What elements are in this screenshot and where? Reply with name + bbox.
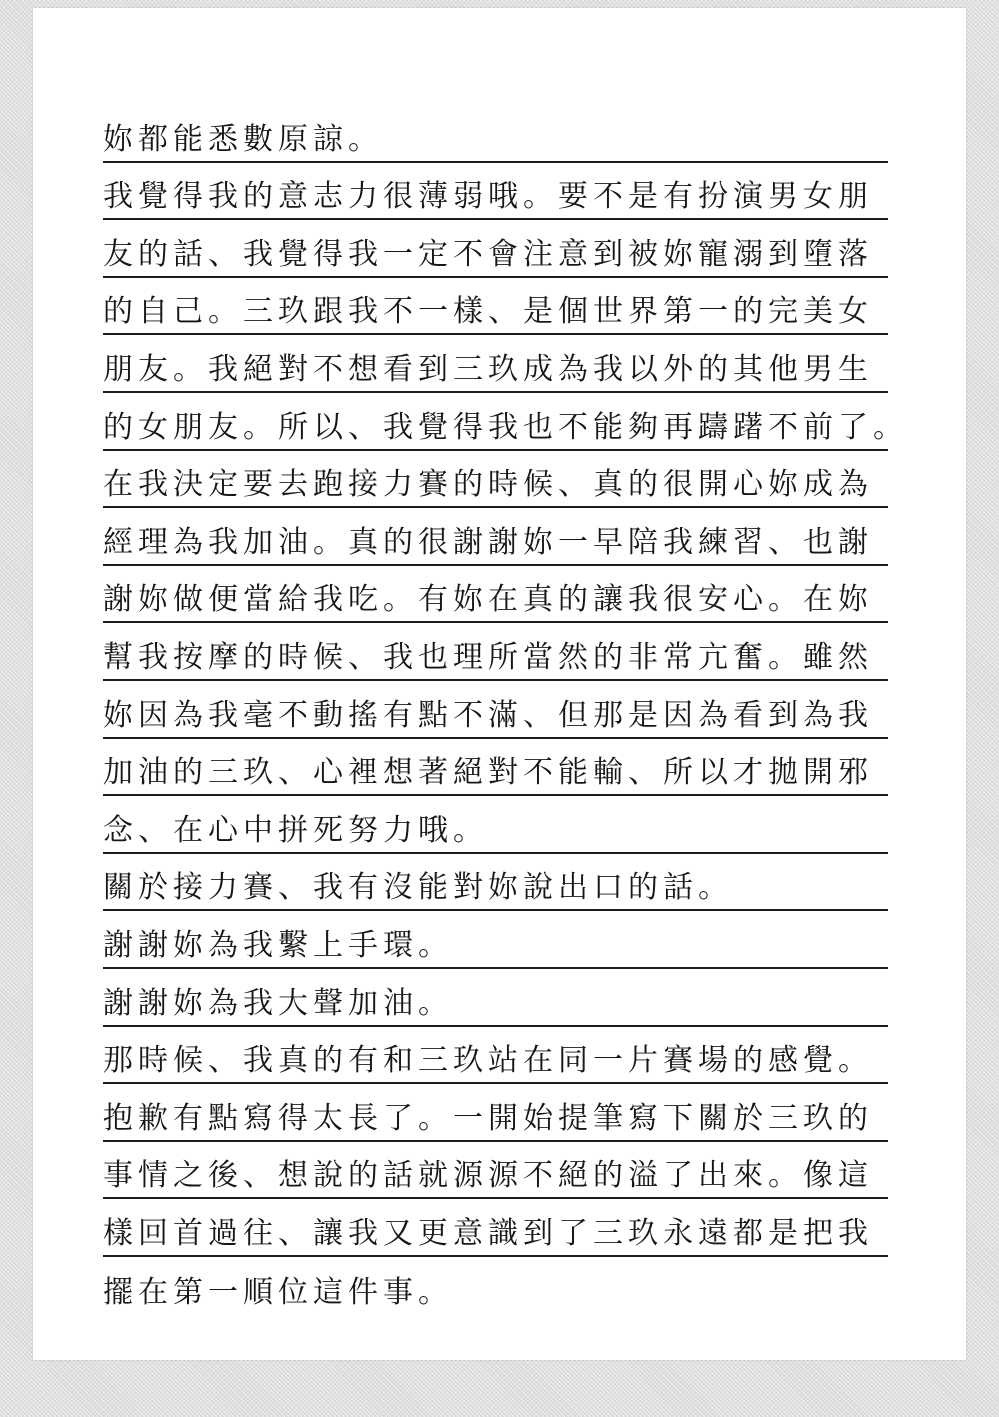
letter-line-text: 樣回首過往、讓我又更意識到了三玖永遠都是把我 xyxy=(103,1219,873,1255)
letter-line-text: 朋友。我絕對不想看到三玖成為我以外的其他男生 xyxy=(103,355,873,391)
letter-line-text: 的女朋友。所以、我覺得我也不能夠再躊躇不前了。 xyxy=(103,413,908,449)
letter-line: 經理為我加油。真的很謝謝妳一早陪我練習、也謝 xyxy=(103,508,888,566)
letter-line-text: 抱歉有點寫得太長了。一開始提筆寫下關於三玖的 xyxy=(103,1104,873,1140)
letter-line: 抱歉有點寫得太長了。一開始提筆寫下關於三玖的 xyxy=(103,1084,888,1142)
letter-line-text: 友的話、我覺得我一定不會注意到被妳寵溺到墮落 xyxy=(103,240,873,276)
letter-line: 加油的三玖、心裡想著絕對不能輸、所以才拋開邪 xyxy=(103,739,888,797)
letter-line: 謝妳做便當給我吃。有妳在真的讓我很安心。在妳 xyxy=(103,566,888,624)
letter-line-text: 加油的三玖、心裡想著絕對不能輸、所以才拋開邪 xyxy=(103,758,873,794)
letter-line-text: 謝謝妳為我大聲加油。 xyxy=(103,989,453,1025)
letter-line: 妳因為我毫不動搖有點不滿、但那是因為看到為我 xyxy=(103,681,888,739)
letter-line: 謝謝妳為我繫上手環。 xyxy=(103,911,888,969)
letter-line: 樣回首過往、讓我又更意識到了三玖永遠都是把我 xyxy=(103,1199,888,1257)
letter-line-text: 妳因為我毫不動搖有點不滿、但那是因為看到為我 xyxy=(103,701,873,737)
letter-line-text: 事情之後、想說的話就源源不絕的溢了出來。像這 xyxy=(103,1161,873,1197)
letter-line: 妳都能悉數原諒。 xyxy=(103,105,888,163)
letter-line: 的女朋友。所以、我覺得我也不能夠再躊躇不前了。 xyxy=(103,393,888,451)
letter-line: 在我決定要去跑接力賽的時候、真的很開心妳成為 xyxy=(103,451,888,509)
letter-line: 那時候、我真的有和三玖站在同一片賽場的感覺。 xyxy=(103,1027,888,1085)
letter-line: 的自己。三玖跟我不一樣、是個世界第一的完美女 xyxy=(103,278,888,336)
letter-line: 擺在第一順位這件事。 xyxy=(103,1257,888,1315)
letter-line-text: 幫我按摩的時候、我也理所當然的非常亢奮。雖然 xyxy=(103,643,873,679)
letter-line-text: 謝謝妳為我繫上手環。 xyxy=(103,931,453,967)
letter-line: 謝謝妳為我大聲加油。 xyxy=(103,969,888,1027)
letter-line: 我覺得我的意志力很薄弱哦。要不是有扮演男女朋 xyxy=(103,163,888,221)
letter-line-text: 在我決定要去跑接力賽的時候、真的很開心妳成為 xyxy=(103,470,873,506)
letter-line: 事情之後、想說的話就源源不絕的溢了出來。像這 xyxy=(103,1142,888,1200)
letter-line: 朋友。我絕對不想看到三玖成為我以外的其他男生 xyxy=(103,335,888,393)
letter-line: 幫我按摩的時候、我也理所當然的非常亢奮。雖然 xyxy=(103,623,888,681)
letter-line-text: 擺在第一順位這件事。 xyxy=(103,1278,453,1314)
letter-line-text: 謝妳做便當給我吃。有妳在真的讓我很安心。在妳 xyxy=(103,585,873,621)
letter-line-text: 關於接力賽、我有沒能對妳說出口的話。 xyxy=(103,873,733,909)
letter-line: 念、在心中拼死努力哦。 xyxy=(103,796,888,854)
letter-line-text: 經理為我加油。真的很謝謝妳一早陪我練習、也謝 xyxy=(103,528,873,564)
letter-line-text: 那時候、我真的有和三玖站在同一片賽場的感覺。 xyxy=(103,1046,873,1082)
letter-line: 關於接力賽、我有沒能對妳說出口的話。 xyxy=(103,854,888,912)
letter-page: 妳都能悉數原諒。 我覺得我的意志力很薄弱哦。要不是有扮演男女朋 友的話、我覺得我… xyxy=(33,8,966,1360)
letter-line: 友的話、我覺得我一定不會注意到被妳寵溺到墮落 xyxy=(103,220,888,278)
letter-line-text: 妳都能悉數原諒。 xyxy=(103,125,383,161)
letter-line-text: 念、在心中拼死努力哦。 xyxy=(103,816,488,852)
letter-line-text: 我覺得我的意志力很薄弱哦。要不是有扮演男女朋 xyxy=(103,182,873,218)
letter-line-text: 的自己。三玖跟我不一樣、是個世界第一的完美女 xyxy=(103,297,873,333)
